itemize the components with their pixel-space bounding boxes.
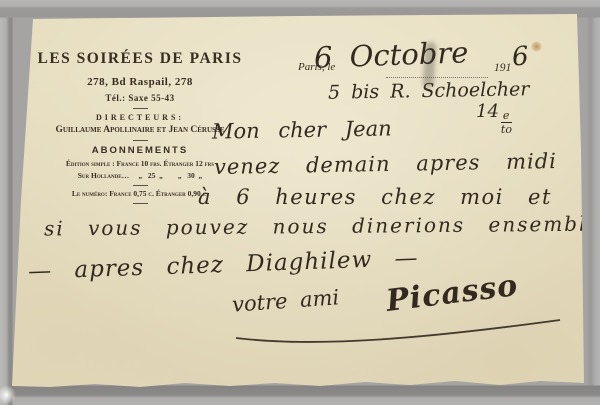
- letterhead-address: 278, Bd Raspail, 278: [36, 76, 244, 88]
- subscriptions-line2: Sur Hollande… „ 25 „ „ 30 „: [36, 171, 244, 180]
- divider: [133, 140, 148, 141]
- printed-year: 191: [494, 62, 511, 74]
- foxing-stain: [531, 41, 542, 52]
- letter-paper: LES SOIRÉES DE PARIS 278, Bd Raspail, 27…: [0, 0, 600, 405]
- apartment-number: 14: [476, 101, 499, 122]
- letter-line: — apres chez Diaghilew —: [28, 245, 419, 285]
- letter-line: venez demain apres midi: [214, 149, 557, 179]
- letter-line: à 6 heures chez moi et: [198, 185, 552, 209]
- letter-line: si vous pouvez nous dinerions ensemble.: [44, 212, 600, 241]
- apartment-fraction-top: e: [501, 110, 512, 123]
- divider: [133, 203, 148, 204]
- salutation: Mon cher Jean: [212, 116, 392, 143]
- subscriptions-heading: ABONNEMENTS: [36, 145, 244, 156]
- written-year-digit: 6: [511, 41, 530, 72]
- apartment-fraction: eto: [501, 110, 512, 135]
- sleeve-glint: [0, 385, 16, 405]
- letterhead-title: LES SOIRÉES DE PARIS: [36, 50, 244, 68]
- photographed-letter-scene: LES SOIRÉES DE PARIS 278, Bd Raspail, 27…: [0, 0, 600, 405]
- subscriptions-line1: Édition simple : France 10 frs. Étranger…: [36, 159, 244, 168]
- divider: [133, 185, 148, 186]
- signature-flourish: [228, 308, 568, 350]
- divider: [133, 108, 148, 109]
- letterhead-phone: Tél.: Saxe 55-43: [36, 93, 244, 103]
- apartment-fraction-bottom: to: [501, 123, 512, 135]
- written-date: 6 Octobre: [313, 35, 468, 74]
- apartment-note: 14eto: [476, 101, 512, 135]
